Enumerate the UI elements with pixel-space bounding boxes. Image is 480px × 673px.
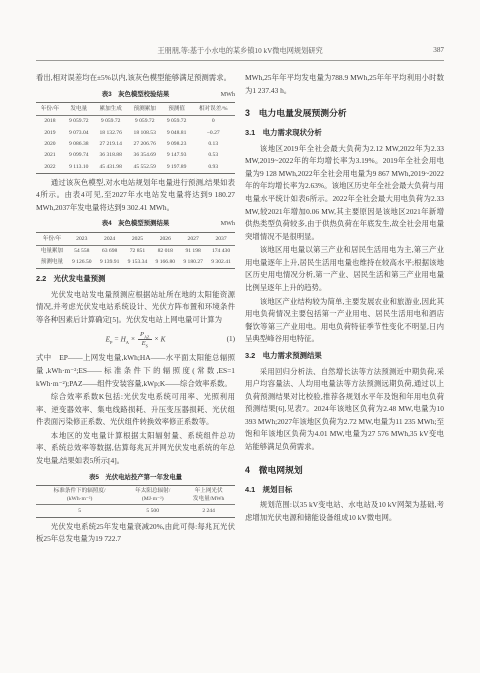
running-head: 王朋朋,等:基于小水电的某乡镇10 kV微电网规划研究 387 bbox=[36, 46, 444, 56]
cell: 63 698 bbox=[96, 245, 124, 257]
cell: 电量累加 bbox=[36, 245, 68, 257]
cell: 9 059.72 bbox=[128, 115, 162, 127]
cell: 45 431.98 bbox=[94, 161, 128, 173]
cell: 9 059.72 bbox=[64, 115, 94, 127]
cell: 2027 bbox=[179, 233, 207, 245]
table-row: 2021 9 099.74 36 318.88 36 354.69 9 147.… bbox=[36, 150, 235, 161]
col-header: 发电量 bbox=[64, 103, 94, 115]
cell: 预测电量 bbox=[36, 257, 68, 269]
paragraph-planning-scope: 规划范围:以35 kV变电站、水电站及10 kV网架为基础,考虑增加光伏电源和储… bbox=[245, 499, 444, 524]
col-header: 相对误差/% bbox=[191, 103, 235, 115]
table3-caption-text: 表3 灰色模型校验结果 bbox=[50, 90, 220, 101]
right-column: MWh,25年年平均发电量为788.9 MWh,25年年平均利用小时数为1 23… bbox=[245, 72, 444, 547]
col-header: 标准条件下的辐照度/(kWh·m⁻²) bbox=[36, 486, 123, 505]
table4-unit: MWh bbox=[221, 219, 235, 230]
cell: 9 153.34 bbox=[124, 257, 152, 269]
cell: 82 018 bbox=[151, 245, 179, 257]
cell: 0 bbox=[191, 115, 235, 127]
table-row: 2018 9 059.72 9 059.72 9 059.72 9 059.72… bbox=[36, 115, 235, 127]
cell: 9 302.41 bbox=[207, 257, 235, 269]
paragraph-formula-terms: 式中 EP——上网发电量,kWh;HA——水平面太阳能总辐照量,kWh·m⁻²;… bbox=[36, 352, 235, 390]
running-title: 王朋朋,等:基于小水电的某乡镇10 kV微电网规划研究 bbox=[36, 46, 444, 56]
section-heading-3: 3 电力电量发展预测分析 bbox=[245, 106, 444, 121]
equation-body: EP=HA×PAZES×K bbox=[54, 331, 217, 349]
table-5-pv-first-year-output: 标准条件下的辐照度/(kWh·m⁻²) 年太阳总辐射/(MJ·m⁻²) 年上网光… bbox=[36, 485, 235, 517]
cell: 2037 bbox=[207, 233, 235, 245]
table-3-grey-model-validation: 年份/年 发电量 累加生成 预测累加 预测值 相对误差/% 2018 9 059… bbox=[36, 102, 235, 173]
cell: 36 318.88 bbox=[94, 150, 128, 161]
table5-caption: 表5 光伏电站投产第一年发电量 bbox=[36, 473, 235, 484]
cell: 9 180.27 bbox=[179, 257, 207, 269]
cell: 0.13 bbox=[191, 139, 235, 150]
cell: 9 098.23 bbox=[162, 139, 192, 150]
table-header-row: 年份/年 发电量 累加生成 预测累加 预测值 相对误差/% bbox=[36, 103, 235, 115]
cell: 5 bbox=[36, 505, 123, 517]
paragraph-industry-structure: 该地区产业结构较为简单,主要发展农业和旅游业,因此其用电负荷情况主要包括第一产业… bbox=[245, 296, 444, 346]
cell: 2018 bbox=[36, 115, 64, 127]
table-row: 5 5 500 2 244 bbox=[36, 505, 235, 517]
section-heading-3-1: 3.1 电力需求现状分析 bbox=[245, 127, 444, 140]
cell: 2020 bbox=[36, 139, 64, 150]
cell: 72 851 bbox=[124, 245, 152, 257]
table5-caption-text: 表5 光伏电站投产第一年发电量 bbox=[36, 473, 235, 484]
cell: 2021 bbox=[36, 150, 64, 161]
col-header: 预测累加 bbox=[128, 103, 162, 115]
cell: 9 113.10 bbox=[64, 161, 94, 173]
table-header-row: 标准条件下的辐照度/(kWh·m⁻²) 年太阳总辐射/(MJ·m⁻²) 年上网光… bbox=[36, 486, 235, 505]
cell: 174 430 bbox=[207, 245, 235, 257]
cell: 2024 bbox=[96, 233, 124, 245]
cell: 2022 bbox=[36, 161, 64, 173]
table-row: 2019 9 073.04 18 132.76 18 108.53 9 048.… bbox=[36, 127, 235, 138]
two-column-body: 看出,相对误差均在±5%以内,该灰色模型能够满足预测需求。 MWh 表3 灰色模… bbox=[36, 72, 444, 547]
table-row: 预测电量 9 126.50 9 139.91 9 153.34 9 166.80… bbox=[36, 257, 235, 269]
cell: 9 126.50 bbox=[68, 257, 96, 269]
cell: 年份/年 bbox=[36, 233, 68, 245]
cell: 9 086.38 bbox=[64, 139, 94, 150]
cell: 2026 bbox=[151, 233, 179, 245]
paragraph-model-check: 看出,相对误差均在±5%以内,该灰色模型能够满足预测需求。 bbox=[36, 72, 235, 85]
cell: 91 198 bbox=[179, 245, 207, 257]
col-header: 年份/年 bbox=[36, 103, 64, 115]
cell: 18 132.76 bbox=[94, 127, 128, 138]
cell: 0.53 bbox=[191, 150, 235, 161]
cell: 9 139.91 bbox=[96, 257, 124, 269]
table-header-row: 年份/年 2023 2024 2025 2026 2027 2037 bbox=[36, 233, 235, 245]
paragraph-generation-estimate: 本地区的发电量计算根据太阳辐射量、系统组件总功率、系统总效率等数据,估算每兆瓦并… bbox=[36, 430, 235, 468]
header-rule bbox=[36, 60, 444, 61]
cell: 2023 bbox=[68, 233, 96, 245]
paragraph-demand-status: 该地区2019年全社会最大负荷为2.12 MW,2022年为2.33 MW,20… bbox=[245, 143, 444, 244]
section-heading-4: 4 微电网规划 bbox=[245, 463, 444, 478]
cell: 36 354.69 bbox=[128, 150, 162, 161]
paragraph-demand-forecast: 采用回归分析法、自然增长法等方法预测近中期负荷,采用户均容量法、人均用电量法等方… bbox=[245, 366, 444, 454]
cell: 18 108.53 bbox=[128, 127, 162, 138]
cell: 5 500 bbox=[123, 505, 182, 517]
paragraph-efficiency-factor: 综合效率系数K包括:光伏发电系统可用率、光照利用率、逆变器效率、集电线路损耗、升… bbox=[36, 391, 235, 429]
cell: 9 059.72 bbox=[94, 115, 128, 127]
paragraph-grey-forecast: 通过该灰色模型,对水电站规划年电量进行预测,结果如表4所示。由表4可见,至202… bbox=[36, 177, 235, 215]
section-heading-3-2: 3.2 电力需求预测结果 bbox=[245, 350, 444, 363]
equation-1: (1) EP=HA×PAZES×K (1) bbox=[36, 331, 235, 349]
paper-page: 王朋朋,等:基于小水电的某乡镇10 kV微电网规划研究 387 看出,相对误差均… bbox=[0, 0, 480, 673]
table-row: 2022 9 113.10 45 431.98 45 552.59 9 197.… bbox=[36, 161, 235, 173]
cell: 27 219.14 bbox=[94, 139, 128, 150]
table4-caption-text: 表4 灰色模型预测结果 bbox=[50, 219, 220, 230]
table4-caption: MWh 表4 灰色模型预测结果 MWh bbox=[36, 219, 235, 230]
cell: 2 244 bbox=[182, 505, 235, 517]
paragraph-consumption-structure: 该地区用电量以第三产业和居民生活用电为主,第三产业用电量逐年上升,居民生活用电量… bbox=[245, 244, 444, 294]
col-header: 预测值 bbox=[162, 103, 192, 115]
cell: 9 197.89 bbox=[162, 161, 192, 173]
table3-unit: MWh bbox=[221, 90, 235, 101]
cell: 0.93 bbox=[191, 161, 235, 173]
cell: −0.27 bbox=[191, 127, 235, 138]
cell: 45 552.59 bbox=[128, 161, 162, 173]
cell: 2025 bbox=[124, 233, 152, 245]
table-4-grey-model-forecast: 年份/年 2023 2024 2025 2026 2027 2037 电量累加 … bbox=[36, 232, 235, 269]
table-row: 电量累加 54 558 63 698 72 851 82 018 91 198 … bbox=[36, 245, 235, 257]
cell: 54 558 bbox=[68, 245, 96, 257]
cell: 27 206.76 bbox=[128, 139, 162, 150]
cell: 9 147.93 bbox=[162, 150, 192, 161]
cell: 9 073.04 bbox=[64, 127, 94, 138]
paragraph-pv-decay: 光伏发电系统25年发电量衰减20%,由此可得:每兆瓦光伏板25年总发电量为19 … bbox=[36, 521, 235, 546]
paragraph-pv-forecast-method: 光伏发电站发电量预测应根据站址所在地的太阳能资源情况,并考虑光伏发电站系统设计、… bbox=[36, 289, 235, 327]
table-row: 2020 9 086.38 27 219.14 27 206.76 9 098.… bbox=[36, 139, 235, 150]
cell: 9 166.80 bbox=[151, 257, 179, 269]
cell: 2019 bbox=[36, 127, 64, 138]
section-heading-4-1: 4.1 规划目标 bbox=[245, 484, 444, 497]
col-header: 年上网光伏发电量/MWh bbox=[182, 486, 235, 505]
fraction: PAZES bbox=[138, 331, 151, 349]
page-number: 387 bbox=[433, 46, 444, 54]
paragraph-pv-decay-continued: MWh,25年年平均发电量为788.9 MWh,25年年平均利用小时数为1 23… bbox=[245, 72, 444, 97]
cell: 9 048.81 bbox=[162, 127, 192, 138]
col-header: 年太阳总辐射/(MJ·m⁻²) bbox=[123, 486, 182, 505]
left-column: 看出,相对误差均在±5%以内,该灰色模型能够满足预测需求。 MWh 表3 灰色模… bbox=[36, 72, 235, 547]
cell: 9 059.72 bbox=[162, 115, 192, 127]
equation-number: (1) bbox=[217, 333, 235, 345]
section-heading-2-2: 2.2 光伏发电量预测 bbox=[36, 273, 235, 286]
cell: 9 099.74 bbox=[64, 150, 94, 161]
table3-caption: MWh 表3 灰色模型校验结果 MWh bbox=[36, 90, 235, 101]
col-header: 累加生成 bbox=[94, 103, 128, 115]
